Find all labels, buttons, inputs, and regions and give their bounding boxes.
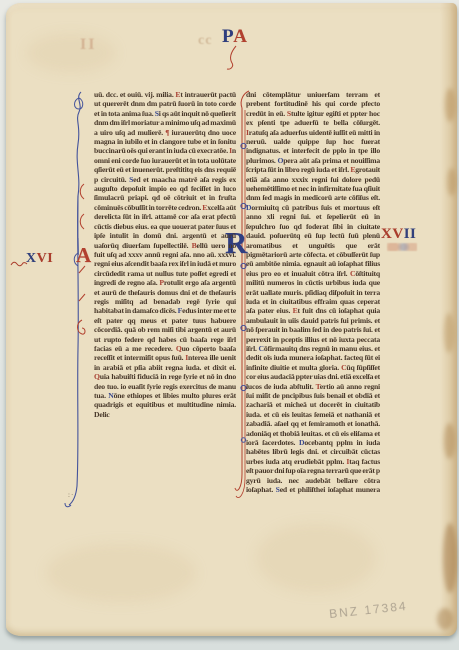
running-header: II cc PA	[6, 25, 457, 59]
chapter-numeral-letter: V	[37, 251, 48, 266]
text-segment: ōne ethiopes et libies multo plures erāt…	[94, 391, 236, 419]
chapter-number-xvi: XVI	[26, 252, 53, 266]
parchment-mottling	[256, 523, 376, 593]
parchment-stain	[437, 608, 453, 630]
parchment-stain	[443, 523, 457, 593]
chapter-numeral-letter: I	[47, 251, 53, 266]
parchment-stain	[444, 313, 454, 353]
manuscript-leaf: II cc PA XVI XVII	[6, 3, 457, 636]
chapter-numeral-letter: X	[381, 226, 392, 242]
chapter-number-xvii: XVII	[381, 227, 416, 242]
decorated-initial-a: A	[76, 245, 91, 266]
parchment-stain	[447, 168, 456, 196]
parchment-stain	[445, 88, 455, 122]
chapter-numeral-letter: X	[26, 251, 37, 266]
running-title-letter: P	[222, 26, 233, 47]
running-title-letter: A	[233, 26, 248, 47]
running-title-letters: PA	[222, 27, 248, 46]
text-column-right: dni cōtemplātur uniuerſam terram et preb…	[246, 90, 380, 496]
chapter-numeral-letter: V	[392, 226, 403, 242]
photo-background: II cc PA XVI XVII	[0, 0, 459, 650]
left-margin-penwork-icon	[64, 88, 94, 517]
show-through-numeral: II	[80, 36, 96, 54]
pencil-catalog-number: BNZ 17384	[328, 599, 408, 621]
text-segment: uū. dcc. et ouiū. vij. milia.	[94, 90, 175, 99]
penwork-flourish-icon	[225, 45, 241, 76]
parchment-stain	[444, 423, 455, 459]
show-through-marks	[387, 243, 417, 251]
chapter-numeral-letter: I	[410, 226, 416, 242]
text-column-left: uū. dcc. et ouiū. vij. milia. Et intraue…	[94, 90, 236, 502]
parchment-mottling	[46, 543, 196, 603]
show-through-letters: cc	[198, 33, 212, 49]
margin-ink-mark: :·	[68, 491, 74, 499]
